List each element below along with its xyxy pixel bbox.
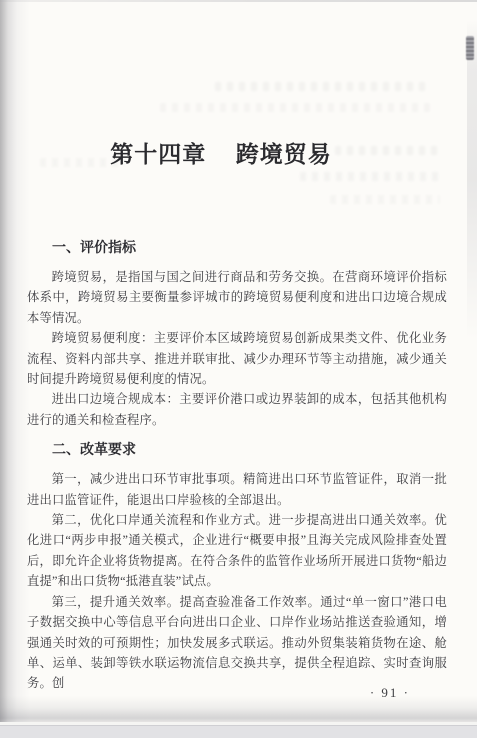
text-block: 第十四章 跨境贸易 一、评价指标 跨境贸易，是指国与国之间进行商品和劳务交换。在…	[27, 0, 447, 694]
scanner-bed-strip	[0, 725, 477, 738]
body-paragraph: 第三，提升通关效率。提高查验准备工作效率。通过“单一窗口”港口电子数据交换中心等…	[27, 592, 447, 694]
scanned-book-page: 第十四章 跨境贸易 一、评价指标 跨境贸易，是指国与国之间进行商品和劳务交换。在…	[0, 0, 477, 738]
section-heading-reform-requirements: 二、改革要求	[27, 439, 447, 459]
section-heading-evaluation-indicators: 一、评价指标	[27, 237, 447, 257]
chapter-name: 跨境贸易	[236, 141, 332, 167]
body-paragraph: 第一，减少进出口环节审批事项。精简进出口环节监管证件，取消一批进出口监管证件，能…	[27, 469, 447, 510]
body-paragraph: 跨境贸易，是指国与国之间进行商品和劳务交换。在营商环境评价指标体系中，跨境贸易主…	[27, 267, 447, 328]
body-paragraph: 跨境贸易便利度：主要评价本区域跨境贸易创新成果类文件、优化业务流程、资料内部共享…	[27, 328, 447, 389]
body-paragraph: 第二，优化口岸通关流程和作业方式。进一步提高进出口通关效率。优化进口“两步申报”…	[27, 510, 447, 592]
page-number: · 91 ·	[370, 685, 410, 701]
chapter-title: 第十四章 跨境贸易	[11, 139, 431, 169]
paper-sheet: 第十四章 跨境贸易 一、评价指标 跨境贸易，是指国与国之间进行商品和劳务交换。在…	[0, 0, 477, 724]
chapter-number: 第十四章	[110, 141, 206, 167]
body-paragraph: 进出口边境合规成本：主要评价港口或边界装卸的成本，包括其他机构进行的通关和检查程…	[27, 389, 447, 430]
